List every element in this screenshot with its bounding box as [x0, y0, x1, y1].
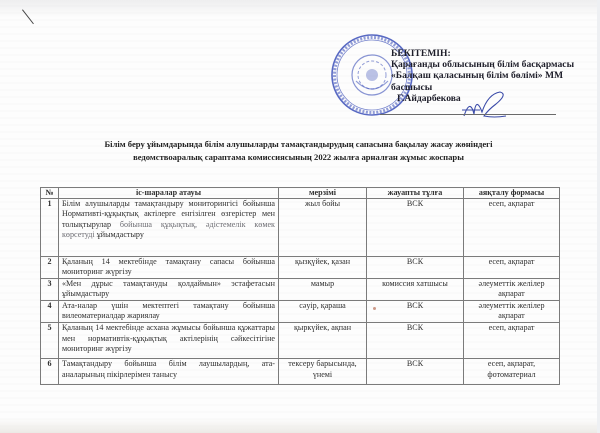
row-responsible: комиссия хатшысы	[367, 278, 464, 300]
row-term: мамыр	[279, 278, 367, 300]
row-term: сәуір, қараша	[279, 300, 367, 322]
header-name: іс-шаралар атауы	[59, 188, 279, 199]
scan-bottom-shade	[0, 418, 597, 433]
row-name: Қаланың 14 мектебінде асхана жұмысы бойы…	[59, 323, 279, 359]
row-form: есеп, ақпарат, фотоматериал	[464, 359, 560, 385]
row-num: 5	[41, 323, 59, 359]
row-num: 4	[41, 300, 59, 322]
table-row: 3 «Мен дұрыс тамақтануды қолдаймын» эста…	[41, 278, 560, 300]
approval-org-line: Қарағанды облысының білім басқармасы	[391, 59, 600, 70]
row-name: Білім алушыларды тамақтандыру мониторинг…	[59, 198, 279, 256]
header-form: аяқталу формасы	[464, 188, 560, 199]
row-responsible: ВСК	[367, 359, 464, 385]
scan-shade	[0, 0, 597, 18]
row-form: есеп, ақпарат	[464, 198, 560, 256]
row-num: 6	[41, 359, 59, 385]
signature-line	[380, 114, 556, 115]
row-name: «Мен дұрыс тамақтануды қолдаймын» эстафе…	[59, 278, 279, 300]
approval-heading: БЕКІТЕМІН:	[391, 48, 600, 59]
row-term: қызқүйек, қазан	[279, 256, 367, 278]
row-form: әлеуметтік желілер ақпарат	[464, 300, 560, 322]
row-form: әлеуметтік желілер ақпарат	[464, 278, 560, 300]
approval-department-line: «Балқаш қаласының білім бөлімі» ММ	[391, 70, 600, 81]
row-num: 1	[41, 198, 59, 256]
row-term: тексеру барысында, үнемі	[279, 359, 367, 385]
table-header-row: № іс-шаралар атауы мерзімі жауапты тұлға…	[41, 188, 560, 199]
table-row: 1 Білім алушыларды тамақтандыру монитори…	[41, 198, 560, 256]
header-term: мерзімі	[279, 188, 367, 199]
row-responsible: ВСК	[367, 198, 464, 256]
title-line-1: Білім беру ұйымдарында білім алушыларды …	[0, 138, 597, 151]
signature-icon	[460, 88, 510, 120]
row-term: қыркүйек, ақпан	[279, 323, 367, 359]
row-num: 2	[41, 256, 59, 278]
row-form: есеп, ақпарат	[464, 256, 560, 278]
table-row: 5 Қаланың 14 мектебінде асхана жұмысы бо…	[41, 323, 560, 359]
row-responsible: ВСК	[367, 323, 464, 359]
header-responsible: жауапты тұлға	[367, 188, 464, 199]
table-row: 4 Ата-налар үшін мектептегі тамақтану бо…	[41, 300, 560, 322]
row-responsible: ВСК	[367, 256, 464, 278]
table-row: 6 Тамақтандыру бойынша білім лаушылардың…	[41, 359, 560, 385]
title-line-2: ведомствоаралық сараптама комиссиясының …	[0, 151, 597, 164]
document-title: Білім беру ұйымдарында білім алушыларды …	[0, 138, 597, 163]
row-num: 3	[41, 278, 59, 300]
scan-speck	[373, 307, 376, 310]
row-responsible: ВСК	[367, 300, 464, 322]
row-name: Ата-налар үшін мектептегі тамақтану бойы…	[59, 300, 279, 322]
header-num: №	[41, 188, 59, 199]
table-row: 2 Қаланың 14 мектебінде тамақтану сапасы…	[41, 256, 560, 278]
row-name: Қаланың 14 мектебінде тамақтану сапасы б…	[59, 256, 279, 278]
row-term: жыл бойы	[279, 198, 367, 256]
row-name: Тамақтандыру бойынша білім лаушылардың, …	[59, 359, 279, 385]
row-form: есеп, ақпарат	[464, 323, 560, 359]
row-name-end-text: ұйымдастыру	[97, 230, 144, 239]
work-plan-table: № іс-шаралар атауы мерзімі жауапты тұлға…	[40, 187, 560, 385]
